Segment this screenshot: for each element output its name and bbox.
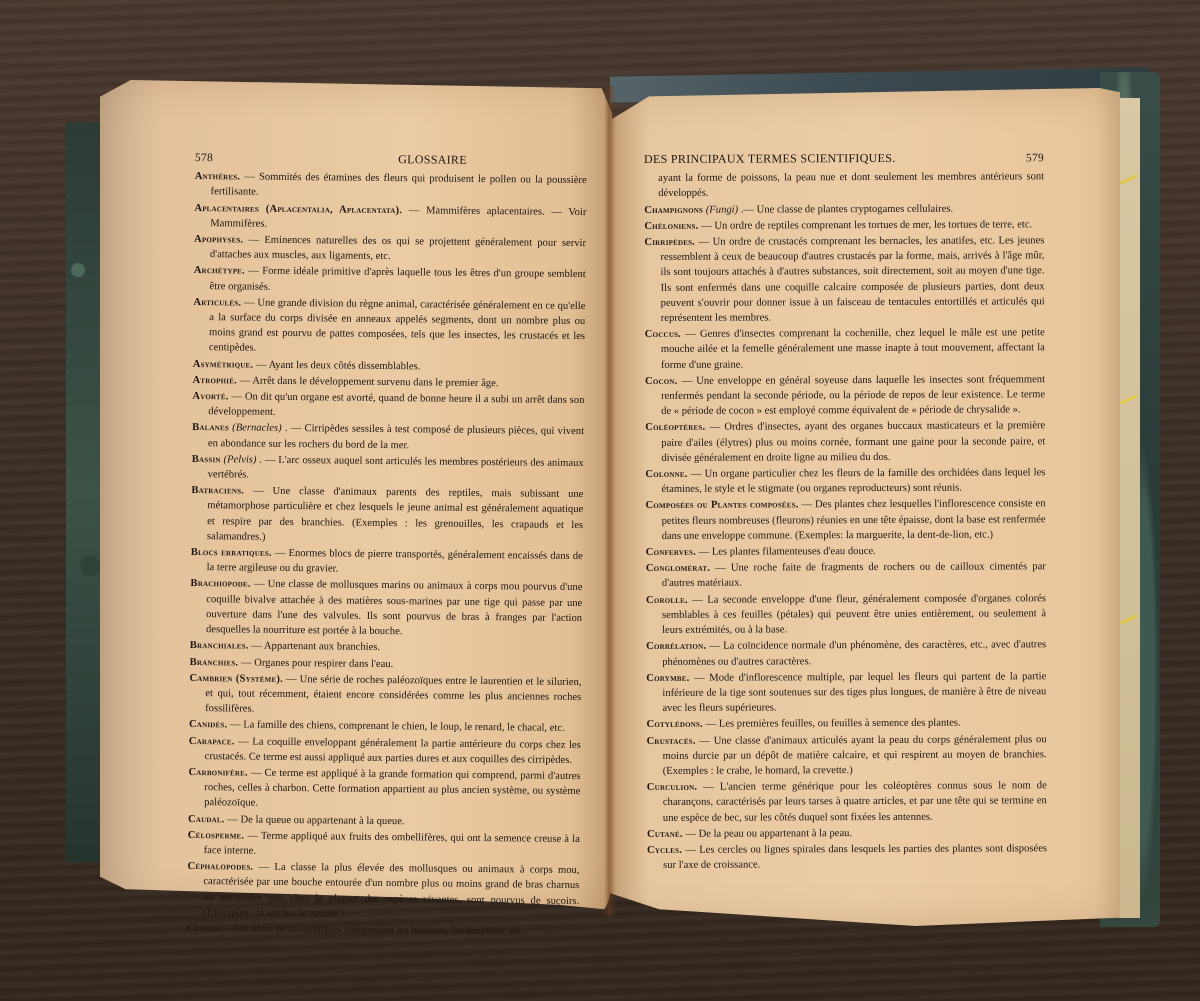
glossary-definition: — La coïncidence normale d'un phénomène,… (662, 640, 1046, 668)
glossary-entry: Cocon. — Une enveloppe en général soyeus… (645, 372, 1045, 419)
glossary-term: Crustacés. (647, 735, 696, 746)
glossary-term: Célosperme. (188, 830, 245, 842)
glossary-term: Cutané. (647, 829, 683, 840)
glossary-term: Cotylédons. (646, 719, 703, 730)
page-number: 579 (1026, 151, 1044, 166)
glossary-definition: — Une roche faite de fragments de rocher… (662, 562, 1046, 590)
glossary-definition: — La coquille enveloppant généralement l… (205, 736, 581, 766)
glossary-term: Coccus. (645, 329, 681, 340)
glossary-definition: — Les plantes filamenteuses d'eau douce. (696, 546, 876, 558)
glossary-term: Corrélation. (646, 641, 706, 652)
glossary-term: Cycles. (647, 845, 682, 856)
glossary-term: Balanes (192, 422, 229, 433)
glossary-definition: — Organes pour respirer dans l'eau. (238, 657, 393, 670)
glossary-entry: Chéloniens. — Un ordre de reptiles compr… (644, 217, 1044, 234)
glossary-definition: — Une classe d'animaux articulés ayant l… (663, 734, 1047, 777)
glossary-definition: — Appartenant aux branchies. (249, 641, 381, 653)
glossary-entry: Conglomérat. — Une roche faite de fragme… (646, 560, 1046, 592)
glossary-term: Batraciens. (191, 485, 244, 497)
glossary-term: Coléoptères. (645, 422, 705, 433)
glossary-entry: Composées ou Plantes composées. — Des pl… (646, 497, 1046, 544)
glossary-definition: .— Une classe de plantes cryptogames cel… (738, 203, 953, 215)
glossary-term: Aplacentaires (Aplacentalia, Aplacentata… (194, 203, 402, 216)
glossary-term: Asymétrique. (193, 359, 254, 371)
glossary-entry: Champignons (Fungi) .— Une classe de pla… (644, 201, 1044, 218)
glossary-entry: Cétacé. —Un ordre de mammifères comprena… (187, 921, 579, 940)
glossary-term: Cirripèdes. (644, 237, 695, 248)
latin-name: (Fungi) (703, 204, 738, 215)
glossary-term: Carapace. (189, 735, 235, 746)
glossary-entry: Carapace. — La coquille enveloppant géné… (189, 733, 581, 768)
glossary-term: Brachiopode. (190, 578, 250, 590)
glossary-definition: — Les cercles ou lignes spirales dans le… (663, 843, 1047, 871)
glossary-entry: Corymbe. — Mode d'inflorescence multiple… (646, 669, 1046, 716)
glossary-definition: — Un ordre de reptiles comprenant les to… (698, 219, 1032, 231)
glossary-term: Cétacé. (187, 923, 222, 934)
glossary-entry: Crustacés. — Une classe d'animaux articu… (647, 732, 1047, 779)
glossary-term: Carbonifère. (188, 767, 247, 779)
glossary-term: Conglomérat. (646, 563, 710, 574)
left-page-text: 578 GLOSSAIRE Anthères. — Sommités des é… (187, 150, 587, 941)
glossary-definition: — La classe la plus élevée des mollusque… (203, 862, 580, 920)
glossary-definition: — Eminences naturelles des os qui se pro… (210, 235, 586, 263)
glossary-entry: Archétype. — Forme idéale primitive d'ap… (193, 263, 585, 298)
glossary-term: Caudal. (188, 813, 225, 824)
glossary-entries: Champignons (Fungi) .— Une classe de pla… (644, 201, 1047, 873)
glossary-entry: Cutané. — De la peau ou appartenant à la… (647, 825, 1047, 842)
glossary-definition: — Arrêt dans le développement survenu da… (237, 375, 499, 389)
running-title: GLOSSAIRE (398, 152, 467, 168)
glossary-entries: Anthères. — Sommités des étamines des fl… (187, 169, 587, 940)
glossary-entry: Coléoptères. — Ordres d'insectes, ayant … (645, 419, 1045, 466)
right-page-text: DES PRINCIPAUX TERMES SCIENTIFIQUES. 579… (644, 150, 1047, 874)
glossary-definition: — La famille des chiens, comprenant le c… (227, 720, 564, 735)
glossary-term: Apophyses. (194, 234, 243, 246)
glossary-term: Bassin (192, 454, 221, 465)
continuation-text: ayant la forme de poissons, la peau nue … (644, 169, 1044, 201)
glossary-entry: Bassin (Pelvis) . — L'arc osseux auquel … (192, 452, 584, 487)
glossary-entry: Articulés. — Une grande division du règn… (193, 295, 586, 360)
glossary-definition: — De la queue ou appartenant à la queue. (225, 814, 405, 827)
page-number: 578 (195, 151, 213, 166)
glossary-term: Champignons (644, 204, 703, 215)
glossary-entry: Balanes (Bernacles) . — Cirripèdes sessi… (192, 420, 584, 455)
marbled-endpaper (1118, 98, 1140, 918)
glossary-term: Céphalopodes. (187, 861, 253, 873)
glossary-definition: — On dit qu'un organe est avorté, quand … (208, 391, 584, 418)
glossary-entry: Brachiopode. — Une classe de mollusques … (190, 576, 583, 641)
running-title: DES PRINCIPAUX TERMES SCIENTIFIQUES. (644, 151, 896, 167)
glossary-definition: — Sommités des étamines des fleurs qui p… (211, 172, 587, 198)
glossary-entry: Cambrien (Système). — Une série de roche… (189, 671, 581, 721)
glossary-term: Chéloniens. (644, 221, 698, 232)
glossary-entry: Coccus. — Genres d'insectes comprenant l… (645, 325, 1045, 372)
glossary-entry: Blocs erratiques. — Enormes blocs de pie… (191, 545, 583, 580)
glossary-entry: Curculion. — L'ancien terme générique po… (647, 778, 1047, 825)
glossary-term: Avorté. (192, 391, 228, 402)
glossary-definition: — Terme appliqué aux fruits des ombellif… (204, 830, 580, 856)
glossary-entry: Carbonifère. — Ce terme est appliqué à l… (188, 765, 580, 815)
glossary-term: Branchiales. (190, 640, 249, 652)
left-running-head: 578 GLOSSAIRE (195, 150, 587, 170)
right-running-head: DES PRINCIPAUX TERMES SCIENTIFIQUES. 579 (644, 150, 1044, 168)
glossary-definition: — Un organe particulier chez les fleurs … (661, 467, 1045, 495)
glossary-entry: Célosperme. — Terme appliqué aux fruits … (188, 828, 580, 863)
glossary-entry: Céphalopodes. — La classe la plus élevée… (187, 859, 580, 924)
glossary-entry: Cycles. — Les cercles ou lignes spirales… (647, 841, 1047, 873)
glossary-definition: — Ce terme est appliqué à la grande form… (204, 768, 580, 810)
glossary-entry: Cotylédons. — Les premières feuilles, ou… (646, 716, 1046, 733)
glossary-definition: — Une classe d'animaux parents des repti… (207, 486, 584, 543)
glossary-definition: — Ayant les deux côtés dissemblables. (253, 359, 420, 372)
glossary-term: Composées ou Plantes composées. (646, 500, 799, 512)
glossary-entry: Anthères. — Sommités des étamines des fl… (194, 169, 586, 204)
glossary-term: Blocs erratiques. (191, 547, 272, 559)
glossary-term: Branchies. (190, 656, 239, 668)
glossary-term: Archétype. (194, 265, 245, 277)
glossary-definition: —Un ordre de mammifères comprenant les b… (222, 923, 527, 937)
glossary-entry: Colonne. — Un organe particulier chez le… (645, 465, 1045, 497)
glossary-term: Curculion. (647, 782, 697, 793)
glossary-entry: Batraciens. — Une classe d'animaux paren… (191, 483, 584, 548)
book-gutter (604, 86, 616, 916)
glossary-term: Colonne. (645, 469, 687, 480)
glossary-term: Corolle. (646, 595, 688, 606)
glossary-term: Corymbe. (646, 673, 689, 684)
glossary-definition: — Ordres d'insectes, ayant des organes b… (661, 421, 1045, 464)
glossary-definition: — Une classe de mollusques marins ou ani… (206, 579, 583, 637)
glossary-definition: — Genres d'insectes comprenant la cochen… (661, 327, 1045, 370)
glossary-term: Conferves. (646, 547, 696, 558)
latin-name: (Pelvis) (221, 454, 257, 465)
glossary-term: Atrophié. (193, 375, 238, 386)
glossary-definition: — Une grande division du règne animal, c… (209, 297, 586, 354)
glossary-definition: — Forme idéale primitive d'après laquell… (210, 266, 586, 292)
glossary-definition: — De la peau ou appartenant à la peau. (683, 828, 852, 840)
glossary-entry: Cirripèdes. — Un ordre de crustacés comp… (644, 233, 1044, 326)
glossary-term: Cambrien (Système). (189, 673, 283, 685)
glossary-term: Articulés. (193, 297, 241, 309)
glossary-definition: — L'ancien terme générique pour les colé… (663, 780, 1047, 823)
glossary-definition: . — L'arc osseux auquel sont articulés l… (208, 455, 584, 481)
glossary-definition: — Mode d'inflorescence multiple, par leq… (662, 671, 1046, 714)
glossary-entry: Avorté. — On dit qu'un organe est avorté… (192, 389, 584, 424)
glossary-definition: — Un ordre de crustacés comprenant les b… (660, 235, 1044, 324)
glossary-term: Anthères. (195, 171, 241, 182)
glossary-entry: Conferves. — Les plantes filamenteuses d… (646, 543, 1046, 560)
glossary-entry: Aplacentaires (Aplacentalia, Aplacentata… (194, 201, 586, 236)
glossary-entry: Corrélation. — La coïncidence normale d'… (646, 638, 1046, 670)
glossary-definition: — Les premières feuilles, ou feuilles à … (703, 718, 961, 730)
glossary-definition: — Une enveloppe en général soyeuse dans … (661, 374, 1045, 417)
glossary-term: Canidés. (189, 719, 227, 730)
glossary-definition: — La seconde enveloppe d'une fleur, géné… (662, 593, 1046, 636)
latin-name: (Bernacles) (229, 423, 282, 435)
glossary-term: Cocon. (645, 376, 678, 387)
glossary-entry: Corolle. — La seconde enveloppe d'une fl… (646, 591, 1046, 638)
glossary-entry: Apophyses. — Eminences naturelles des os… (194, 232, 586, 267)
